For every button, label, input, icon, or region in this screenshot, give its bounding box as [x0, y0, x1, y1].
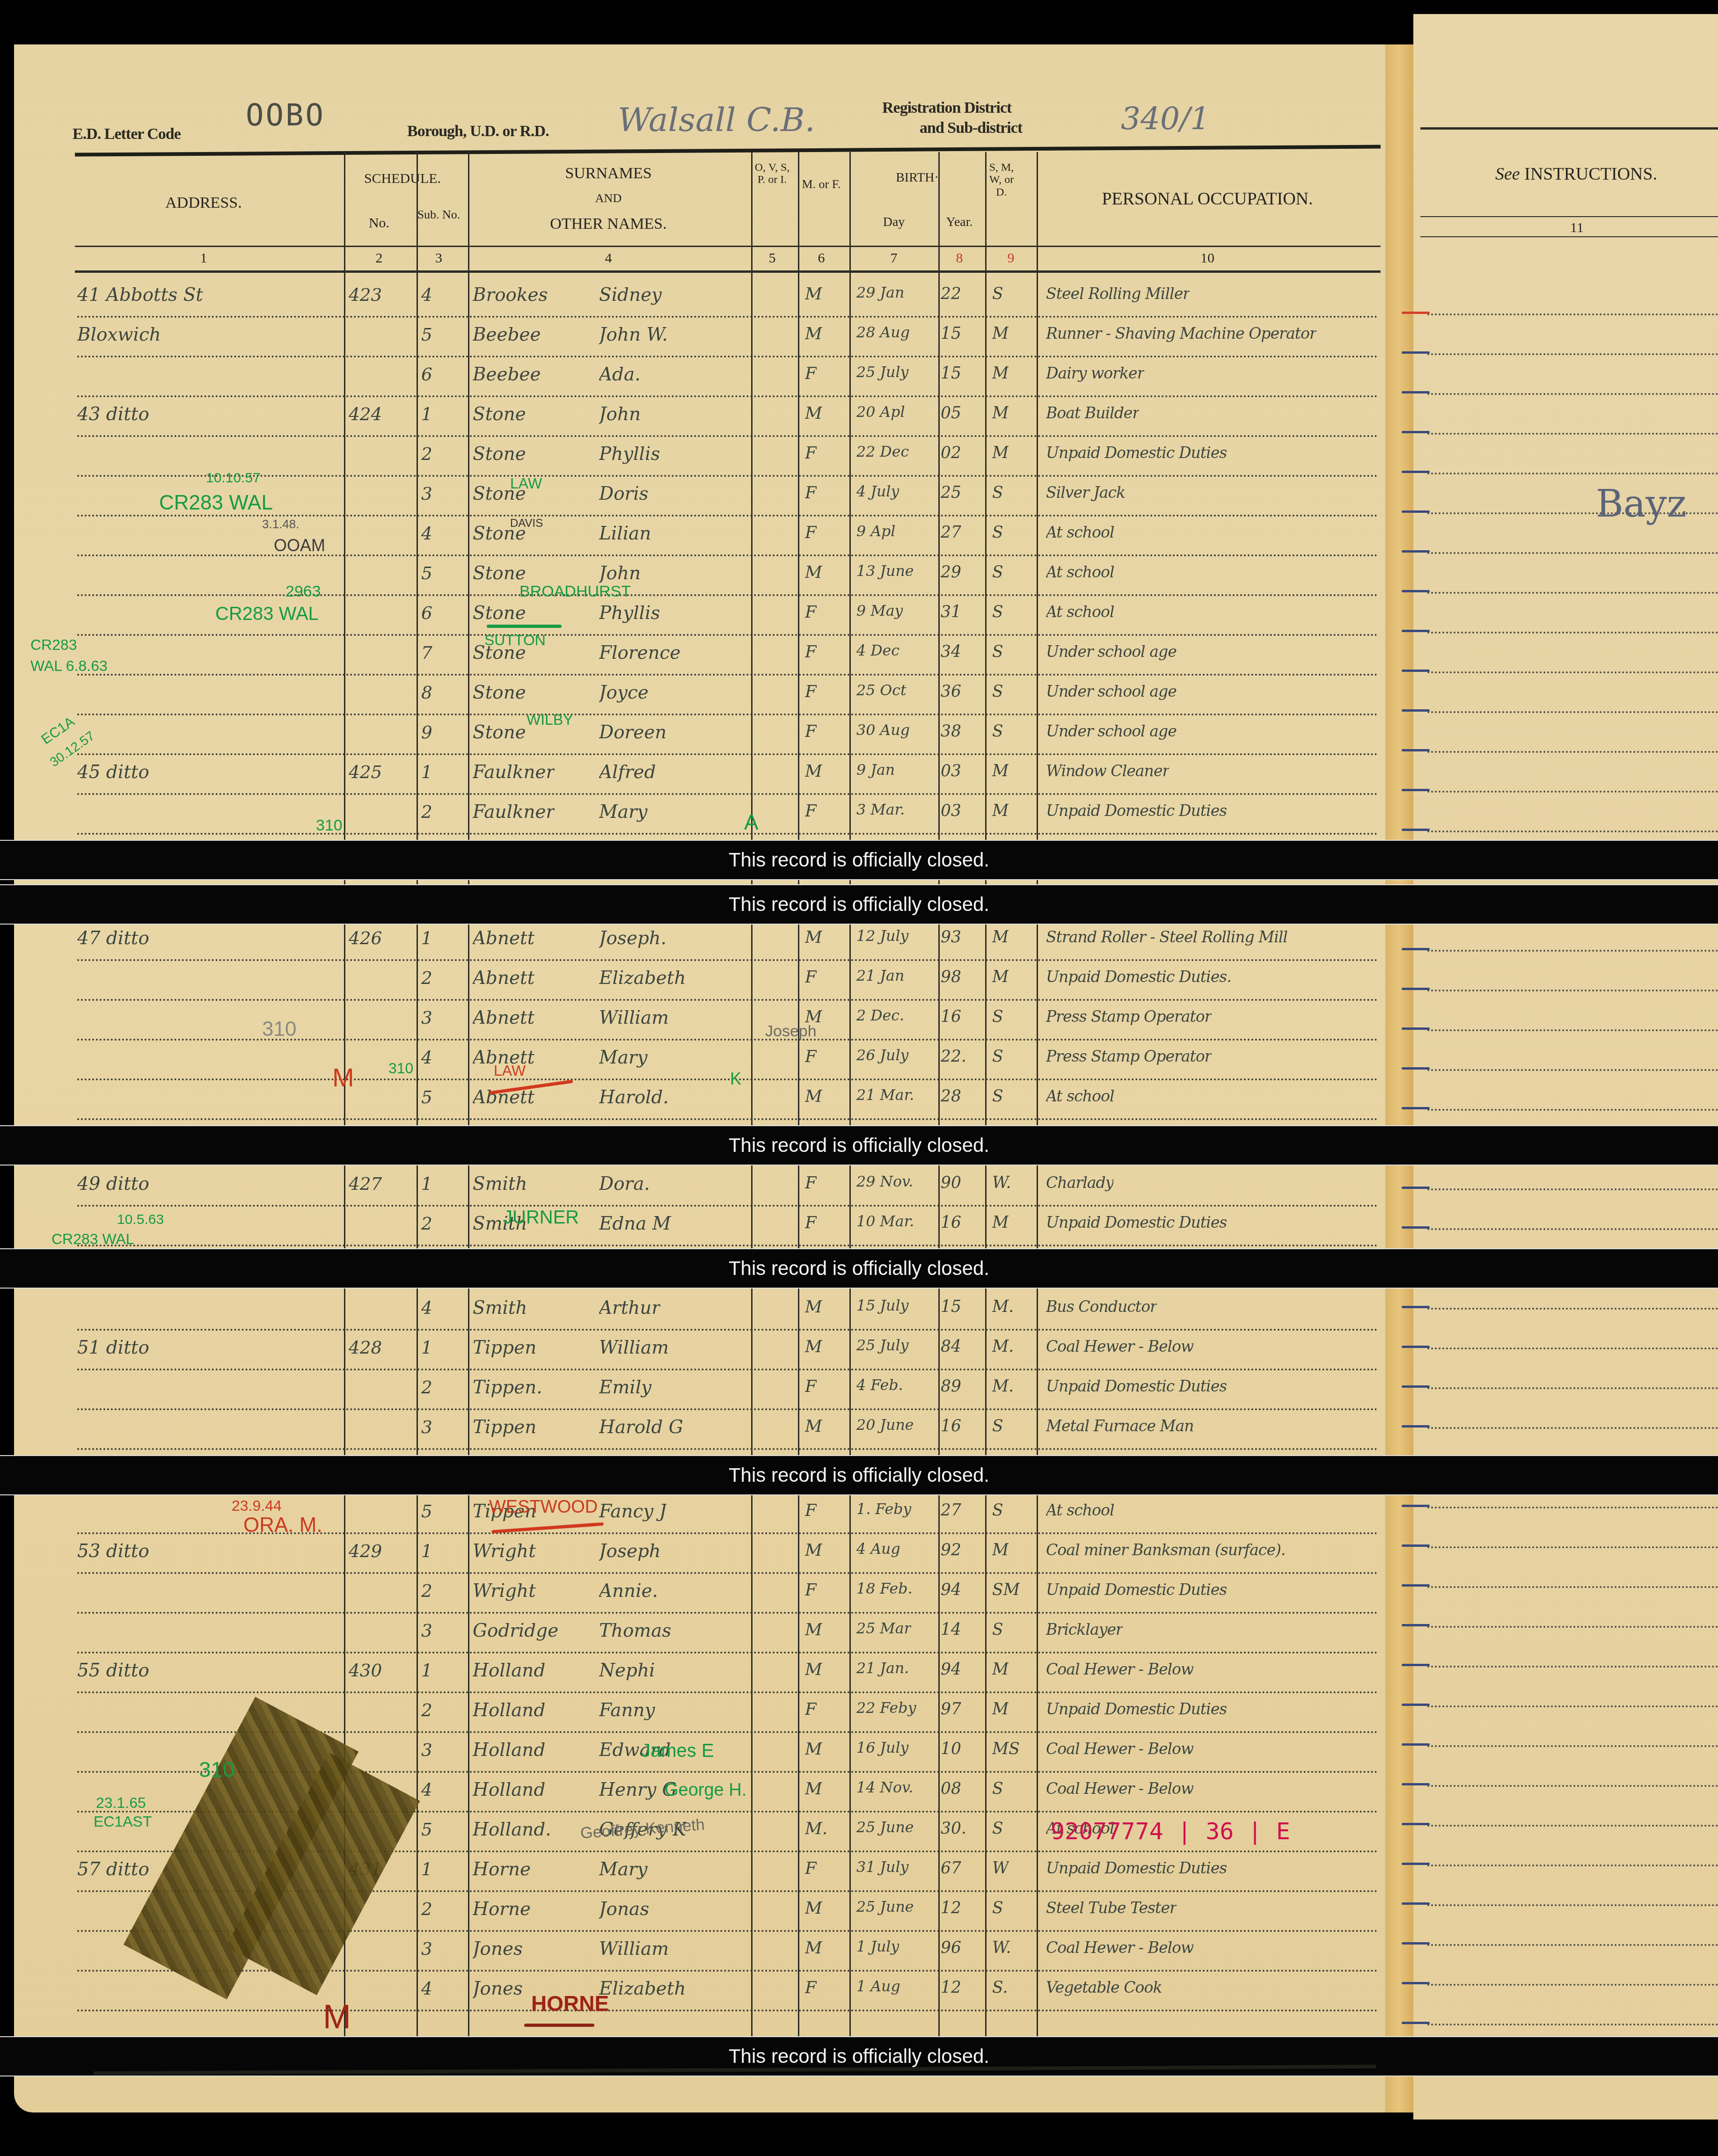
cell-address: 55 ditto — [77, 1660, 149, 1681]
right-page-rule — [1427, 1069, 1718, 1071]
cell-occupation: Vegetable Cook — [1046, 1978, 1162, 1996]
right-header-rule — [1420, 127, 1718, 130]
right-page-rule — [1427, 1865, 1718, 1866]
cell-forename: Harold. — [599, 1087, 669, 1108]
cell-year: 08 — [941, 1779, 961, 1798]
cell-day: 2 Dec. — [856, 1007, 904, 1024]
annotation-surname-change: WILBY — [526, 711, 573, 728]
cell-sex: F — [805, 1501, 817, 1520]
column-number: 8 — [936, 250, 983, 266]
cell-year: 05 — [941, 404, 961, 422]
cell-day: 25 July — [856, 364, 909, 381]
right-page-rule — [1427, 1705, 1718, 1707]
annotation-surname-change: JURNER — [503, 1207, 579, 1228]
margin-tick — [1402, 1346, 1430, 1348]
annotation-name: George H. — [665, 1780, 746, 1800]
cell-status: S — [992, 722, 1003, 741]
cell-day: 25 July — [856, 1337, 909, 1354]
cell-forename: Arthur — [599, 1297, 660, 1318]
cell-occupation: Unpaid Domestic Duties — [1046, 1859, 1227, 1877]
cell-address: 41 Abbotts St — [77, 284, 203, 306]
column-occupation: PERSONAL OCCUPATION. — [1037, 189, 1378, 209]
right-page-rule — [1427, 1308, 1718, 1310]
right-page-rule — [1427, 592, 1718, 594]
closed-record-banner: This record is officially closed. — [0, 884, 1718, 925]
margin-tick — [1402, 948, 1430, 950]
borough-value: Walsall C.B. — [618, 101, 815, 139]
closed-record-banner: This record is officially closed. — [0, 1125, 1718, 1165]
cell-sub: 1 — [421, 404, 432, 424]
row-rule — [77, 674, 1378, 676]
cell-day: 31 July — [856, 1859, 909, 1876]
annotation-name: Joseph — [765, 1022, 817, 1041]
column-number: 2 — [344, 250, 414, 266]
cell-surname: Tippen — [473, 1337, 536, 1358]
cell-status: W. — [992, 1173, 1011, 1192]
cell-occupation: Under school age — [1046, 682, 1177, 700]
cell-occupation: Bricklayer — [1046, 1620, 1123, 1639]
cell-occupation: At school — [1046, 1501, 1114, 1519]
row-rule — [77, 1652, 1378, 1653]
cell-day: 25 Mar — [856, 1620, 911, 1637]
margin-tick — [1402, 510, 1430, 513]
column-number: 3 — [417, 250, 461, 266]
cell-occupation: Coal Hewer - Below — [1046, 1938, 1193, 1957]
row-rule — [77, 1245, 1378, 1246]
cell-sex: F — [805, 444, 817, 463]
row-rule — [77, 594, 1378, 596]
column-divider — [849, 152, 851, 2070]
cell-forename: Annie. — [599, 1581, 658, 1602]
row-rule — [77, 1078, 1378, 1080]
cell-surname: Wright — [473, 1581, 536, 1602]
cell-sex: F — [805, 722, 817, 741]
cell-status: S — [992, 1620, 1003, 1639]
cell-status: W — [992, 1859, 1009, 1878]
cell-sex: F — [805, 682, 817, 701]
ed-letter-code-label: E.D. Letter Code — [73, 125, 181, 143]
column-divider — [938, 152, 940, 2070]
cell-status: S — [992, 483, 1003, 502]
cell-forename: Harold G — [599, 1417, 683, 1438]
cell-occupation: Charlady — [1046, 1173, 1113, 1192]
column-divider — [985, 152, 987, 2070]
margin-tick — [1402, 670, 1430, 672]
annotation-code: EC1AST — [94, 1813, 152, 1830]
cell-status: M — [992, 364, 1009, 383]
cell-surname: Abnett — [473, 928, 534, 949]
cell-schedule: 430 — [349, 1660, 382, 1681]
closed-record-text: This record is officially closed. — [729, 1464, 989, 1486]
column-birth: BIRTH· — [852, 171, 983, 185]
margin-tick — [1402, 550, 1430, 553]
cell-status: M — [992, 762, 1009, 780]
column-number: 5 — [751, 250, 793, 266]
cell-surname: Smith — [473, 1297, 527, 1318]
cell-year: 25 — [941, 483, 961, 502]
borough-label: Borough, U.D. or R.D. — [407, 123, 549, 140]
cell-sex: M — [805, 1087, 822, 1106]
cell-forename: John — [599, 404, 641, 425]
right-page-rule — [1427, 751, 1718, 753]
cell-forename: Joseph. — [599, 928, 666, 949]
margin-tick — [1402, 1505, 1430, 1507]
right-page-rule — [1427, 1586, 1718, 1588]
cell-forename: Thomas — [599, 1620, 671, 1641]
column-sex: M. or F. — [798, 178, 845, 191]
cell-occupation: Metal Furnace Man — [1046, 1417, 1193, 1435]
cell-status: S — [992, 682, 1003, 701]
cell-status: M — [992, 968, 1009, 986]
cell-day: 12 July — [856, 928, 909, 945]
right-page-rule — [1427, 830, 1718, 832]
cell-schedule: 429 — [349, 1541, 382, 1561]
cell-surname: Smith — [473, 1173, 527, 1195]
cell-day: 10 Mar. — [856, 1213, 914, 1230]
cell-address: 47 ditto — [77, 928, 149, 949]
cell-year: 38 — [941, 722, 961, 741]
cell-status: S — [992, 1047, 1003, 1066]
margin-tick — [1402, 709, 1430, 712]
cell-sub: 3 — [421, 1620, 432, 1641]
cell-occupation: Coal miner Banksman (surface). — [1046, 1541, 1285, 1559]
cell-surname: Holland. — [473, 1819, 551, 1840]
registration-label-1: Registration District — [882, 99, 1011, 117]
right-page-rule — [1427, 1666, 1718, 1668]
cell-sex: F — [805, 1213, 817, 1232]
cell-forename: Jonas — [599, 1899, 649, 1920]
margin-tick — [1402, 1783, 1430, 1785]
column-divider — [1037, 152, 1038, 2070]
margin-tick — [1402, 1704, 1430, 1706]
cell-sex: M — [805, 404, 822, 423]
right-page-rule — [1427, 1029, 1718, 1031]
cell-year: 14 — [941, 1620, 961, 1639]
cell-occupation: At school — [1046, 563, 1114, 581]
cell-day: 25 June — [856, 1899, 914, 1916]
cell-surname: Horne — [473, 1859, 531, 1880]
right-page-rule — [1427, 1745, 1718, 1747]
cell-surname: Stone — [473, 444, 526, 465]
cell-year: 22. — [941, 1047, 966, 1066]
cell-sub: 1 — [421, 1173, 432, 1194]
cell-surname: Godridge — [473, 1620, 558, 1641]
annotation-date: 3.1.48. — [262, 517, 300, 532]
cell-day: 22 Dec — [856, 444, 909, 460]
cell-occupation: Coal Hewer - Below — [1046, 1660, 1193, 1678]
cell-status: S — [992, 284, 1003, 303]
cell-sub: 4 — [421, 523, 432, 544]
cell-year: 16 — [941, 1213, 961, 1232]
cell-forename: Phyllis — [599, 603, 660, 624]
row-rule — [77, 1691, 1378, 1693]
right-page-note: Bayz — [1596, 482, 1687, 525]
annotation-surname-change: SUTTON — [484, 632, 546, 649]
column-birth-year: Year. — [936, 215, 983, 230]
margin-tick — [1402, 1624, 1430, 1626]
right-page-rule — [1427, 393, 1718, 395]
right-rule-b — [1420, 236, 1718, 237]
cell-surname: Stone — [473, 603, 526, 624]
cell-occupation: Window Cleaner — [1046, 762, 1169, 780]
cell-sub: 3 — [421, 1740, 432, 1760]
cell-sex: F — [805, 1173, 817, 1193]
margin-tick — [1402, 1982, 1430, 1984]
cell-occupation: Steel Tube Tester — [1046, 1899, 1177, 1917]
cell-sub: 3 — [421, 1417, 432, 1437]
cell-surname: Holland — [473, 1700, 545, 1721]
cell-forename: William — [599, 1938, 669, 1959]
cell-sex: F — [805, 1377, 817, 1396]
cell-surname: Horne — [473, 1899, 531, 1920]
annotation-initial: A — [744, 809, 759, 835]
cell-forename: Elizabeth — [599, 1978, 686, 1999]
cell-day: 9 Apl — [856, 523, 896, 540]
cell-year: 67 — [941, 1859, 961, 1878]
cell-day: 21 Jan — [856, 968, 904, 984]
cell-day: 13 June — [856, 563, 914, 580]
cell-sex: M — [805, 563, 822, 582]
column-surnames-1: SURNAMES — [468, 165, 749, 182]
row-rule — [77, 475, 1378, 477]
annotation-marker: M — [323, 1998, 351, 2036]
cell-year: 97 — [941, 1700, 961, 1719]
annotation-surname-change: BROADHURST — [519, 583, 631, 601]
right-page-rule — [1427, 552, 1718, 554]
margin-tick — [1402, 2022, 1430, 2024]
margin-tick — [1402, 1664, 1430, 1666]
cell-year: 34 — [941, 642, 961, 661]
cell-schedule: 427 — [349, 1173, 382, 1194]
cell-sub: 1 — [421, 928, 432, 948]
margin-tick — [1402, 1823, 1430, 1825]
row-rule — [77, 833, 1378, 835]
cell-occupation: Dairy worker — [1046, 364, 1144, 382]
cell-sub: 4 — [421, 1779, 432, 1800]
cell-surname: Holland — [473, 1740, 545, 1761]
cell-year: 27 — [941, 523, 961, 542]
annotation-code: CR283 WAL — [159, 491, 273, 515]
cell-day: 4 Aug — [856, 1541, 900, 1558]
cell-day: 4 July — [856, 483, 899, 500]
annotation-surname-change: DAVIS — [510, 517, 543, 530]
column-address: ADDRESS. — [126, 194, 281, 211]
right-rule-a — [1420, 216, 1718, 217]
annotation-date: WAL 6.8.63 — [30, 657, 108, 675]
cell-occupation: Coal Hewer - Below — [1046, 1337, 1193, 1355]
cell-forename: Sidney — [599, 284, 662, 306]
row-rule — [77, 999, 1378, 1001]
cell-sub: 9 — [421, 722, 432, 743]
closed-record-text: This record is officially closed. — [729, 849, 989, 871]
annotation-code: ORA. M. — [243, 1514, 322, 1537]
row-rule — [77, 753, 1378, 755]
cell-year: 22 — [941, 284, 961, 303]
row-rule — [77, 1408, 1378, 1410]
cell-forename: Joyce — [599, 682, 649, 703]
cell-status: M. — [992, 1377, 1014, 1396]
row-rule — [77, 1205, 1378, 1207]
cell-sub: 2 — [421, 1899, 432, 1919]
cell-status: M — [992, 444, 1009, 462]
cell-year: 94 — [941, 1660, 961, 1679]
annotation-initial: K — [730, 1069, 741, 1089]
cell-sex: F — [805, 523, 817, 542]
cell-status: M. — [992, 1297, 1014, 1316]
strike-through — [524, 2024, 594, 2027]
cell-surname: Stone — [473, 404, 526, 425]
cell-occupation: At school — [1046, 603, 1114, 621]
row-rule — [77, 356, 1378, 357]
cell-sex: M — [805, 1620, 822, 1639]
cell-day: 4 Feb. — [856, 1377, 903, 1394]
cell-sub: 3 — [421, 1007, 432, 1028]
cell-forename: Doreen — [599, 722, 666, 743]
cell-sex: F — [805, 1700, 817, 1719]
row-rule — [77, 316, 1378, 318]
column-number: 1 — [126, 250, 281, 266]
cell-year: 29 — [941, 563, 961, 582]
column-number-11: 11 — [1570, 220, 1584, 236]
row-rule — [77, 435, 1378, 437]
cell-sub: 4 — [421, 1297, 432, 1318]
cell-status: S — [992, 523, 1003, 542]
cell-address: 45 ditto — [77, 762, 149, 783]
right-page-rule — [1427, 1546, 1718, 1548]
cell-sub: 5 — [421, 1501, 432, 1522]
cell-status: M. — [992, 1337, 1014, 1356]
cell-address: 53 ditto — [77, 1541, 149, 1562]
cell-occupation: Boat Builder — [1046, 404, 1139, 422]
cell-surname: Stone — [473, 563, 526, 584]
cell-sub: 2 — [421, 1213, 432, 1234]
cell-forename: Edna M — [599, 1213, 671, 1234]
cell-day: 25 June — [856, 1819, 914, 1836]
margin-tick — [1402, 749, 1430, 751]
cell-forename: John — [599, 563, 641, 584]
cell-year: 27 — [941, 1501, 961, 1520]
cell-day: 29 Nov. — [856, 1173, 913, 1190]
closed-record-text: This record is officially closed. — [729, 1257, 989, 1280]
right-page-rule — [1427, 990, 1718, 991]
cell-occupation: Bus Conductor — [1046, 1297, 1157, 1316]
row-rule — [77, 1329, 1378, 1331]
margin-tick — [1402, 829, 1430, 831]
cell-status: M — [992, 1700, 1009, 1719]
cell-year: 15 — [941, 1297, 961, 1316]
cell-day: 1 Aug — [856, 1978, 900, 1995]
cell-status: M — [992, 928, 1009, 947]
margin-tick — [1402, 1425, 1430, 1428]
book-gutter — [1385, 44, 1413, 2112]
right-page-rule — [1427, 1387, 1718, 1389]
cell-status: M — [992, 1213, 1009, 1232]
cell-year: 94 — [941, 1581, 961, 1599]
column-divider — [417, 152, 418, 2070]
margin-tick — [1402, 1942, 1430, 1945]
cell-occupation: Coal Hewer - Below — [1046, 1740, 1193, 1758]
cell-occupation: Under school age — [1046, 722, 1177, 740]
cell-surname: Abnett — [473, 968, 534, 989]
right-page-rule — [1427, 1188, 1718, 1190]
cell-forename: Florence — [599, 642, 680, 663]
cell-sub: 6 — [421, 364, 432, 385]
cell-day: 3 Mar. — [856, 801, 905, 818]
cell-schedule: 425 — [349, 762, 382, 782]
cell-sub: 2 — [421, 1581, 432, 1601]
cell-schedule: 423 — [349, 284, 382, 305]
cell-surname: Beebee — [473, 364, 541, 385]
right-page-rule — [1427, 1228, 1718, 1230]
column-surnames-3: OTHER NAMES. — [468, 215, 749, 233]
cell-forename: Doris — [599, 483, 649, 504]
cell-occupation: Unpaid Domestic Duties — [1046, 801, 1227, 820]
closed-record-banner: This record is officially closed. — [0, 1455, 1718, 1495]
cell-sub: 1 — [421, 762, 432, 782]
margin-tick — [1402, 1743, 1430, 1746]
cell-year: 16 — [941, 1007, 961, 1026]
right-page-rule — [1427, 791, 1718, 793]
cell-day: 14 Nov. — [856, 1779, 913, 1796]
cell-sub: 1 — [421, 1660, 432, 1681]
cell-forename: William — [599, 1337, 669, 1358]
column-divider — [798, 152, 799, 2070]
cell-occupation: Press Stamp Operator — [1046, 1047, 1212, 1065]
cell-surname: Faulkner — [473, 801, 555, 823]
cell-sub: 5 — [421, 563, 432, 583]
cell-status: S — [992, 603, 1003, 621]
header-bottom-rule — [75, 270, 1381, 273]
cell-sex: F — [805, 1978, 817, 1997]
cell-sub: 1 — [421, 1859, 432, 1879]
cell-status: M — [992, 801, 1009, 820]
cell-sub: 2 — [421, 444, 432, 464]
column-ovspi: O, V, S, P. or I. — [751, 161, 793, 186]
right-page-rule — [1427, 353, 1718, 355]
cell-schedule: 426 — [349, 928, 382, 948]
cell-sex: M — [805, 1541, 822, 1560]
cell-surname: Holland — [473, 1779, 545, 1800]
cell-day: 25 Oct — [856, 682, 907, 699]
annotation-date: 10.5.63 — [117, 1212, 164, 1228]
cell-status: S — [992, 1899, 1003, 1917]
column-divider — [751, 152, 753, 2070]
cell-surname: Abnett — [473, 1007, 534, 1028]
row-rule — [77, 395, 1378, 397]
cell-schedule: 424 — [349, 404, 382, 424]
annotation-number: 310 — [262, 1018, 296, 1041]
cell-day: 21 Mar. — [856, 1087, 914, 1104]
cell-sex: F — [805, 642, 817, 662]
cell-sub: 3 — [421, 483, 432, 504]
cell-status: S — [992, 1417, 1003, 1435]
right-page — [1413, 14, 1718, 2120]
cell-sex: M. — [805, 1819, 827, 1838]
instructions-see: See — [1495, 164, 1520, 184]
cell-day: 15 July — [856, 1297, 909, 1314]
cell-forename: Lilian — [599, 523, 651, 544]
closed-record-banner: This record is officially closed. — [0, 1248, 1718, 1289]
cell-status: S — [992, 563, 1003, 582]
cell-occupation: Unpaid Domestic Duties — [1046, 1700, 1227, 1718]
cell-day: 1. Feby — [856, 1501, 911, 1518]
right-page-rule — [1427, 1347, 1718, 1349]
margin-tick — [1402, 1187, 1430, 1189]
cell-day: 21 Jan. — [856, 1660, 909, 1677]
cell-day: 28 Aug — [856, 324, 910, 341]
cell-occupation: Unpaid Domestic Duties. — [1046, 968, 1231, 986]
row-rule — [77, 1448, 1378, 1450]
